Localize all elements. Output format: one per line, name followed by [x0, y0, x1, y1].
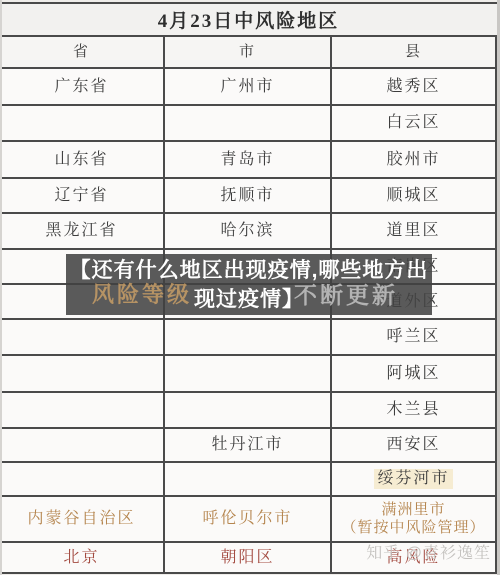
cell-county: 满洲里市 （暂按中风险管理） [332, 497, 495, 541]
cell-city: 牡丹江市 [165, 429, 332, 461]
header-cell-province: 省 [0, 37, 165, 67]
table-row: 木兰县 [0, 393, 495, 429]
table-row: 牡丹江市西安区 [0, 429, 495, 463]
screenshot-root: 4月23日中风险地区 省市县广东省广州市越秀区白云区山东省青岛市胶州市辽宁省抚顺… [0, 0, 500, 575]
cell-county: 呼兰区 [332, 320, 495, 354]
table-row: 山东省青岛市胶州市 [0, 142, 495, 179]
cell-county: 绥芬河市 [332, 463, 495, 495]
cell-county: 阿城区 [332, 356, 495, 391]
left-edge-strip [0, 0, 2, 575]
cell-province: 内蒙谷自治区 [0, 497, 165, 541]
table-row: 白云区 [0, 106, 495, 142]
cell-text: 哈尔滨 [220, 221, 274, 240]
header-label: 县 [405, 43, 422, 61]
cell-province [0, 429, 165, 461]
cell-text: 呼伦贝尔市 [202, 509, 292, 528]
page-title: 4月23日中风险地区 [158, 6, 340, 33]
cell-city: 朝阳区 [165, 543, 332, 572]
table-header-row: 省市县 [0, 37, 495, 69]
cell-text: 木兰县 [386, 400, 440, 419]
table-row: 内蒙谷自治区呼伦贝尔市满洲里市 （暂按中风险管理） [0, 497, 495, 543]
cell-text: 牡丹江市 [211, 435, 283, 454]
cell-text: 抚顺市 [220, 186, 274, 205]
cell-text: 黑龙江省 [45, 221, 117, 240]
overlay-caption-line2: 现过疫情】 [66, 285, 432, 314]
header-label: 省 [73, 43, 90, 61]
page-title-bar: 4月23日中风险地区 [0, 2, 497, 35]
cell-text: 呼兰区 [386, 327, 440, 346]
table-row: 绥芬河市 [0, 463, 495, 497]
cell-text: 满洲里市 （暂按中风险管理） [341, 501, 485, 537]
cell-text: 内蒙谷自治区 [27, 509, 135, 528]
overlay-caption: 【还有什么地区出现疫情,哪些地方出 现过疫情】 [66, 254, 432, 314]
cell-city: 哈尔滨 [165, 214, 332, 248]
cell-text: 朝阳区 [220, 548, 274, 567]
cell-county: 道里区 [332, 214, 495, 248]
cell-county: 胶州市 [332, 142, 495, 177]
cell-text: 北京 [63, 548, 99, 567]
cell-province: 北京 [0, 543, 165, 572]
cell-text: 越秀区 [386, 77, 440, 96]
cell-text: 广东省 [54, 77, 108, 96]
cell-text: 顺城区 [386, 186, 440, 205]
table-row: 呼兰区 [0, 320, 495, 356]
cell-province: 广东省 [0, 69, 165, 104]
cell-text: 白云区 [386, 113, 440, 132]
cell-county: 木兰县 [332, 393, 495, 427]
cell-county: 越秀区 [332, 69, 495, 104]
cell-province [0, 356, 165, 391]
cell-province [0, 393, 165, 427]
header-label: 市 [239, 43, 256, 61]
table-row: 阿城区 [0, 356, 495, 393]
cell-province: 辽宁省 [0, 179, 165, 212]
cell-text: 绥芬河市 [374, 469, 452, 488]
cell-city [165, 320, 332, 354]
cell-city [165, 356, 332, 391]
table-row: 辽宁省抚顺市顺城区 [0, 179, 495, 214]
cell-city [165, 393, 332, 427]
cell-province [0, 463, 165, 495]
cell-province: 山东省 [0, 142, 165, 177]
cell-city [165, 106, 332, 140]
cell-city: 呼伦贝尔市 [165, 497, 332, 541]
cell-province: 黑龙江省 [0, 214, 165, 248]
cell-text: 山东省 [54, 150, 108, 169]
cell-city: 抚顺市 [165, 179, 332, 212]
cell-city: 广州市 [165, 69, 332, 104]
cell-text: 胶州市 [386, 150, 440, 169]
cell-province [0, 106, 165, 140]
overlay-caption-line1: 【还有什么地区出现疫情,哪些地方出 [66, 256, 432, 285]
cell-city [165, 463, 332, 495]
watermark: 知乎 @青衫逸笙 [366, 540, 491, 563]
cell-text: 阿城区 [386, 364, 440, 383]
caption-overlay: 风险等级 不断更新 【还有什么地区出现疫情,哪些地方出 现过疫情】 [66, 254, 432, 315]
cell-text: 道里区 [386, 221, 440, 240]
cell-city: 青岛市 [165, 142, 332, 177]
cell-county: 西安区 [332, 429, 495, 461]
header-cell-county: 县 [332, 37, 495, 67]
table-row: 黑龙江省哈尔滨道里区 [0, 214, 495, 250]
cell-text: 西安区 [386, 435, 440, 454]
cell-county: 白云区 [332, 106, 495, 140]
cell-province [0, 320, 165, 354]
cell-text: 广州市 [220, 77, 274, 96]
cell-text: 青岛市 [220, 150, 274, 169]
header-cell-city: 市 [165, 37, 332, 67]
cell-county: 顺城区 [332, 179, 495, 212]
table-row: 广东省广州市越秀区 [0, 69, 495, 106]
cell-text: 辽宁省 [54, 186, 108, 205]
